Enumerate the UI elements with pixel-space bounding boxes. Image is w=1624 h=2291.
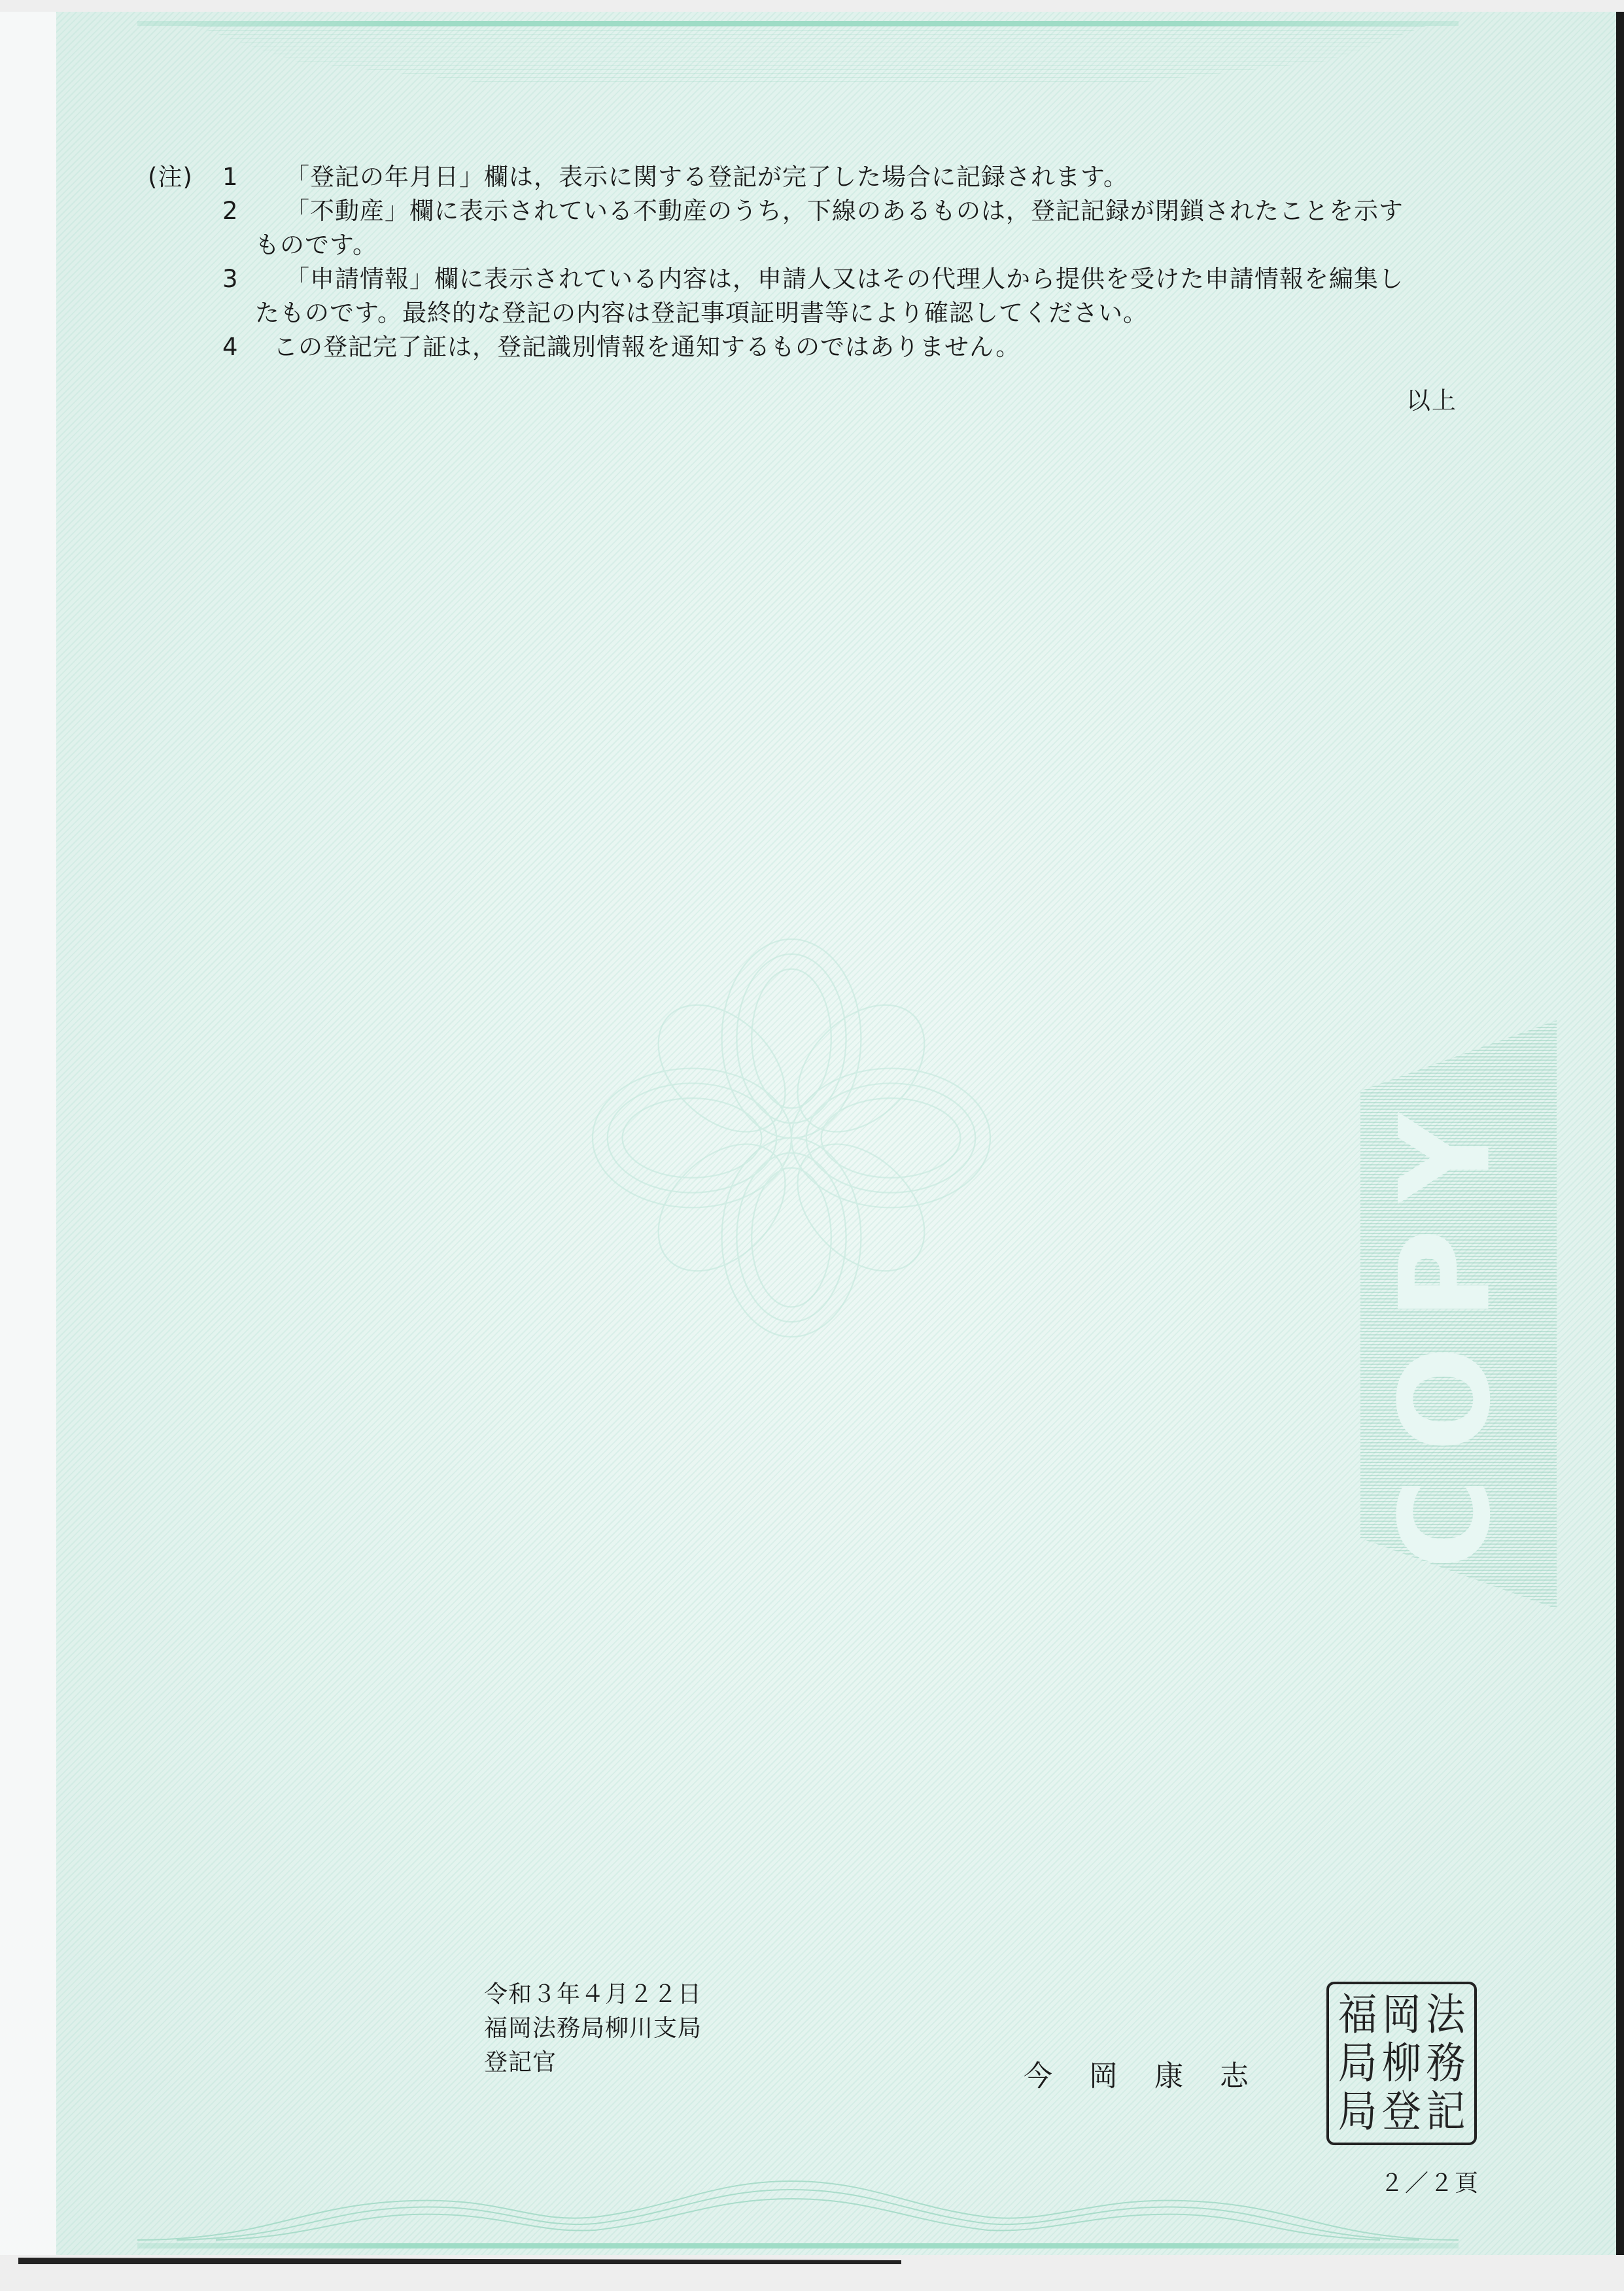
- note-text: 「不動産」欄に表示されている不動産のうち，下線のあるものは，登記記録が閉鎖された…: [247, 194, 1496, 228]
- closing-mark: 以上: [1406, 381, 1457, 416]
- seal-char: 柳: [1379, 2037, 1423, 2090]
- note-item-1: (注) 1 「登記の年月日」欄は，表示に関する登記が完了した場合に記録されます。: [149, 160, 1496, 194]
- note-text: この登記完了証は，登記識別情報を通知するものではありません。: [247, 330, 1496, 364]
- official-seal: 福 岡 法 局 柳 務 局 登 記: [1326, 1982, 1477, 2145]
- issue-date: 令和３年４月２２日: [484, 1978, 702, 2012]
- copy-watermark: COPY: [1373, 1034, 1518, 1623]
- notes-prefix: (注): [148, 160, 193, 194]
- seal-char: 務: [1424, 2037, 1468, 2090]
- note-item-3: 3 「申請情報」欄に表示されている内容は，申請人又はその代理人から提供を受けた申…: [149, 262, 1496, 330]
- signature-block: 令和３年４月２２日 福岡法務局柳川支局 登記官: [484, 1978, 702, 2080]
- note-number: 3: [222, 262, 239, 296]
- notes-section: (注) 1 「登記の年月日」欄は，表示に関する登記が完了した場合に記録されます。…: [149, 160, 1496, 364]
- officer-name: 今岡康志: [1024, 2052, 1285, 2094]
- seal-char: 局: [1336, 2037, 1379, 2090]
- note-number: 4: [222, 330, 239, 364]
- note-text-continued: ものです。: [255, 228, 1496, 262]
- seal-char: 岡: [1379, 1988, 1423, 2041]
- note-number: 1: [222, 160, 239, 194]
- bottom-guilloche-band: [137, 2243, 1459, 2248]
- seal-char: 登: [1379, 2085, 1423, 2138]
- scan-margin: [0, 12, 56, 2255]
- bottom-guilloche-hills: [137, 2178, 1459, 2243]
- note-text: 「登記の年月日」欄は，表示に関する登記が完了した場合に記録されます。: [247, 160, 1496, 194]
- official-title: 登記官: [484, 2046, 702, 2080]
- rosette-guilloche: [543, 889, 1040, 1387]
- scan-edge-right: [1616, 12, 1624, 2255]
- note-item-4: 4 この登記完了証は，登記識別情報を通知するものではありません。: [149, 330, 1496, 364]
- seal-char: 法: [1424, 1988, 1468, 2041]
- seal-char: 記: [1424, 2085, 1468, 2138]
- note-text-continued: たものです。最終的な登記の内容は登記事項証明書等により確認してください。: [255, 296, 1496, 330]
- seal-char: 福: [1336, 1988, 1379, 2041]
- note-text: 「申請情報」欄に表示されている内容は，申請人又はその代理人から提供を受けた申請情…: [247, 262, 1496, 296]
- note-number: 2: [222, 194, 239, 228]
- top-guilloche-band: [137, 21, 1459, 26]
- registry-office: 福岡法務局柳川支局: [484, 2012, 702, 2046]
- note-item-2: 2 「不動産」欄に表示されている不動産のうち，下線のあるものは，登記記録が閉鎖さ…: [149, 194, 1496, 262]
- seal-char: 局: [1336, 2085, 1379, 2138]
